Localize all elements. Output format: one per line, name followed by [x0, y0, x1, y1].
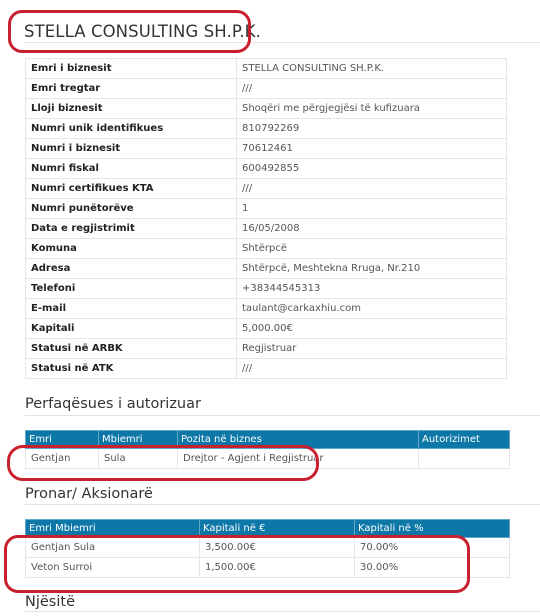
info-value: 16/05/2008 [237, 219, 507, 239]
owner-percent: 30.00% [355, 558, 510, 578]
info-value: /// [237, 179, 507, 199]
info-row: Data e regjistrimit16/05/2008 [26, 219, 507, 239]
rep-position: Drejtor - Agjent i Regjistruar [178, 449, 419, 469]
info-label: Numri unik identifikues [26, 119, 237, 139]
info-row: Numri punëtorëve1 [26, 199, 507, 219]
col-mbiemri: Mbiemri [99, 431, 178, 449]
info-label: Kapitali [26, 319, 237, 339]
info-label: Adresa [26, 259, 237, 279]
owners-heading: Pronar/ Aksionarë [25, 486, 153, 502]
info-value: 600492855 [237, 159, 507, 179]
info-row: Numri fiskal600492855 [26, 159, 507, 179]
col-kapitali-eur: Kapitali në € [200, 520, 355, 538]
info-label: Komuna [26, 239, 237, 259]
info-row: Kapitali5,000.00€ [26, 319, 507, 339]
representatives-divider [25, 415, 540, 416]
info-value: 1 [237, 199, 507, 219]
business-info-table: Emri i biznesitSTELLA CONSULTING SH.P.K.… [25, 58, 507, 379]
info-value: 810792269 [237, 119, 507, 139]
info-value: Shtërpcë, Meshtekna Rruga, Nr.210 [237, 259, 507, 279]
rep-first-name: Gentjan [26, 449, 99, 469]
owner-name: Gentjan Sula [26, 538, 200, 558]
info-value: Regjistruar [237, 339, 507, 359]
info-row: Emri i biznesitSTELLA CONSULTING SH.P.K. [26, 59, 507, 79]
info-label: Data e regjistrimit [26, 219, 237, 239]
info-row: Numri i biznesit70612461 [26, 139, 507, 159]
info-label: Telefoni [26, 279, 237, 299]
info-row: Lloji biznesitShoqëri me përgjegjësi të … [26, 99, 507, 119]
representatives-heading: Perfaqësues i autorizuar [25, 396, 201, 412]
info-value: Shtërpcë [237, 239, 507, 259]
info-label: Emri i biznesit [26, 59, 237, 79]
owner-capital: 3,500.00€ [200, 538, 355, 558]
owner-name: Veton Surroi [26, 558, 200, 578]
table-row: Veton Surroi 1,500.00€ 30.00% [26, 558, 510, 578]
col-autorizimet: Autorizimet [419, 431, 510, 449]
info-value: taulant@carkaxhiu.com [237, 299, 507, 319]
col-emri-mbiemri: Emri Mbiemri [26, 520, 200, 538]
info-value: +38344545313 [237, 279, 507, 299]
info-value: 5,000.00€ [237, 319, 507, 339]
info-label: Lloji biznesit [26, 99, 237, 119]
info-row: Statusi në ARBKRegjistruar [26, 339, 507, 359]
rep-last-name: Sula [99, 449, 178, 469]
info-row: Numri certifikues KTA/// [26, 179, 507, 199]
info-value: /// [237, 359, 507, 379]
info-label: Statusi në ATK [26, 359, 237, 379]
info-row: Emri tregtar/// [26, 79, 507, 99]
info-label: Emri tregtar [26, 79, 237, 99]
col-kapitali-pct: Kapitali në % [355, 520, 510, 538]
info-value: /// [237, 79, 507, 99]
info-label: E-mail [26, 299, 237, 319]
owner-percent: 70.00% [355, 538, 510, 558]
table-row: Gentjan Sula Drejtor - Agjent i Regjistr… [26, 449, 510, 469]
units-heading: Njësitë [25, 594, 75, 610]
info-row: Telefoni+38344545313 [26, 279, 507, 299]
info-label: Numri punëtorëve [26, 199, 237, 219]
title-divider [24, 42, 540, 43]
owners-table: Emri Mbiemri Kapitali në € Kapitali në %… [25, 519, 510, 578]
info-row: KomunaShtërpcë [26, 239, 507, 259]
info-label: Numri certifikues KTA [26, 179, 237, 199]
owners-divider [25, 504, 540, 505]
page-title: STELLA CONSULTING SH.P.K. [24, 22, 261, 41]
info-row: E-mailtaulant@carkaxhiu.com [26, 299, 507, 319]
table-row: Gentjan Sula 3,500.00€ 70.00% [26, 538, 510, 558]
owner-capital: 1,500.00€ [200, 558, 355, 578]
rep-authorizations [419, 449, 510, 469]
info-label: Numri fiskal [26, 159, 237, 179]
info-label: Statusi në ARBK [26, 339, 237, 359]
info-label: Numri i biznesit [26, 139, 237, 159]
info-value: 70612461 [237, 139, 507, 159]
info-value: STELLA CONSULTING SH.P.K. [237, 59, 507, 79]
info-value: Shoqëri me përgjegjësi të kufizuara [237, 99, 507, 119]
units-divider [25, 611, 540, 612]
col-pozita: Pozita në biznes [178, 431, 419, 449]
info-row: AdresaShtërpcë, Meshtekna Rruga, Nr.210 [26, 259, 507, 279]
representatives-table: Emri Mbiemri Pozita në biznes Autorizime… [25, 430, 510, 469]
info-row: Numri unik identifikues810792269 [26, 119, 507, 139]
info-row: Statusi në ATK/// [26, 359, 507, 379]
col-emri: Emri [26, 431, 99, 449]
